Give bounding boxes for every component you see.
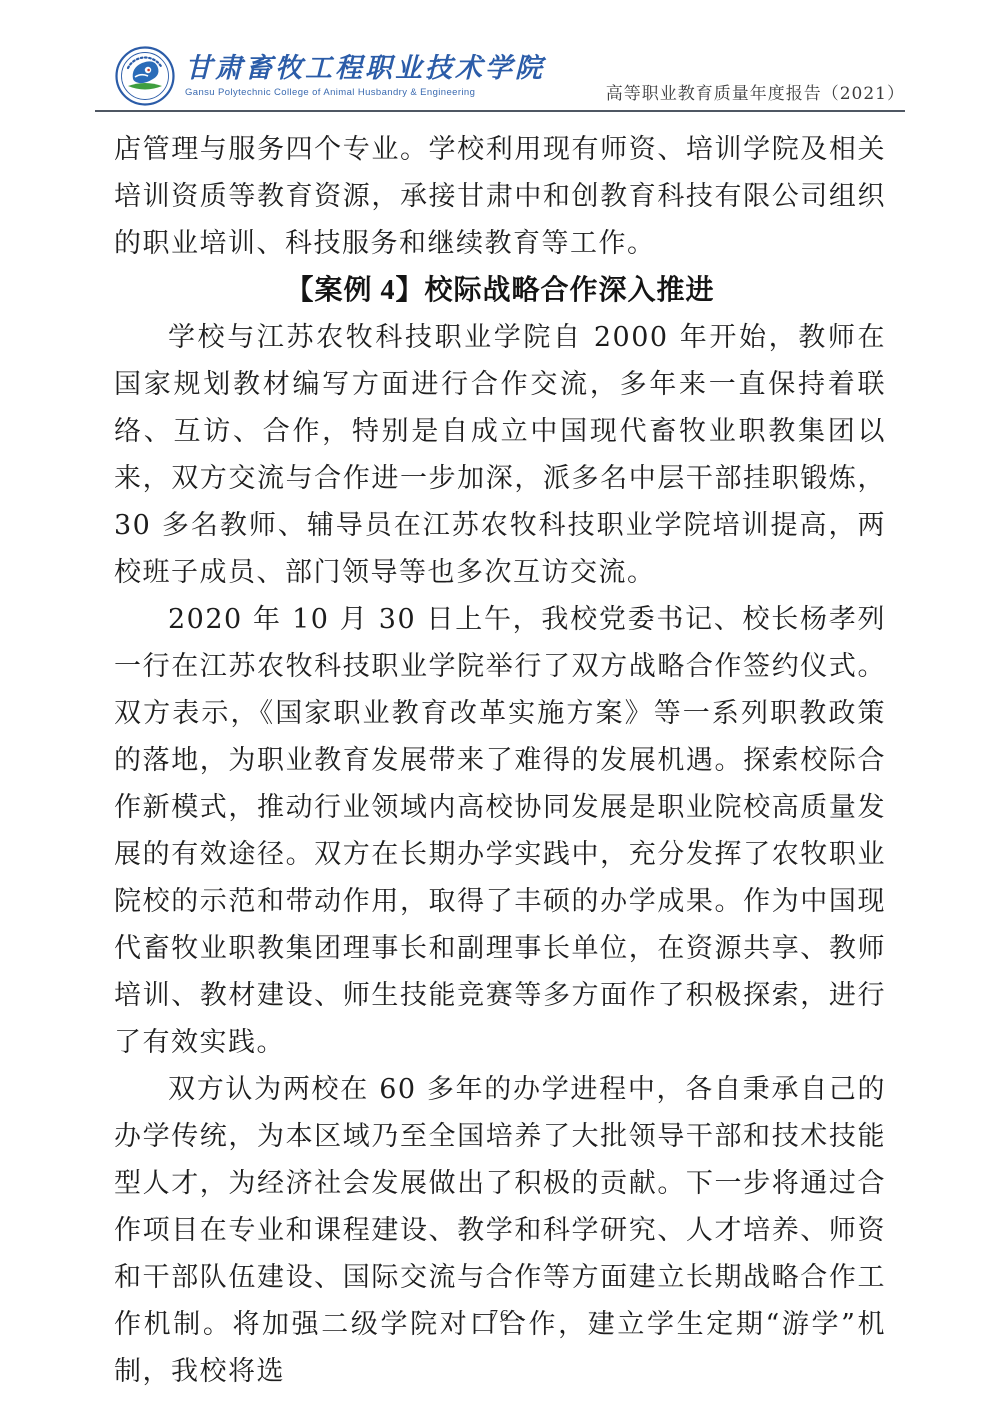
college-logo: 甘肃畜牧工程职业技术学院 Gansu Polytechnic College o… [95,46,545,110]
paragraph-case-1: 学校与江苏农牧科技职业学院自 2000 年开始，教师在国家规划教材编写方面进行合… [114,314,886,596]
college-name-block: 甘肃畜牧工程职业技术学院 Gansu Polytechnic College o… [185,54,545,98]
college-emblem-icon [115,46,175,106]
page-header: 甘肃畜牧工程职业技术学院 Gansu Polytechnic College o… [95,0,905,112]
page-number: - 76 - [476,1306,525,1325]
page-content: 店管理与服务四个专业。学校利用现有师资、培训学院及相关培训资质等教育资源，承接甘… [114,126,886,1395]
paragraph-intro: 店管理与服务四个专业。学校利用现有师资、培训学院及相关培训资质等教育资源，承接甘… [114,126,886,267]
college-name-cn: 甘肃畜牧工程职业技术学院 [185,54,545,84]
college-name-en: Gansu Polytechnic College of Animal Husb… [185,87,545,98]
report-title: 高等职业教育质量年度报告（2021） [606,79,905,110]
case-heading: 【案例 4】校际战略合作深入推进 [114,267,886,314]
page-footer: - 76 - [0,1306,1000,1326]
paragraph-case-2: 2020 年 10 月 30 日上午，我校党委书记、校长杨孝列一行在江苏农牧科技… [114,596,886,1066]
paragraph-case-3: 双方认为两校在 60 多年的办学进程中，各自秉承自己的办学传统，为本区域乃至全国… [114,1066,886,1395]
document-page: 甘肃畜牧工程职业技术学院 Gansu Polytechnic College o… [0,0,1000,1414]
